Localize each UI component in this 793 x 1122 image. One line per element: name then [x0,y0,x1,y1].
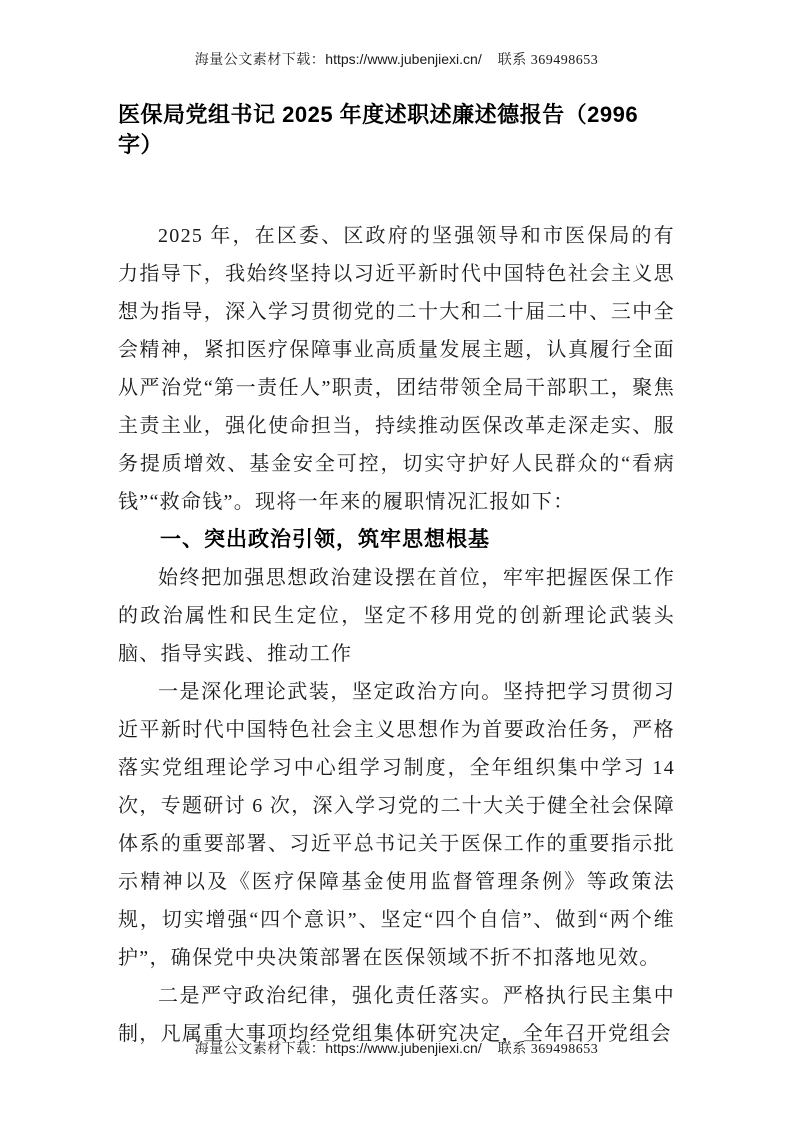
header-note: 海量公文素材下载：https://www.jubenjiexi.cn/联系 36… [0,50,793,70]
section-heading-1: 一、突出政治引领，筑牢思想根基 [118,521,675,559]
page-title: 医保局党组书记 2025 年度述职述廉述德报告（2996 字） [118,100,675,160]
report-paragraph-point-1: 一是深化理论武装，坚定政治方向。坚持把学习贯彻习近平新时代中国特色社会主义思想作… [118,673,675,977]
header-note-contact: 联系 369498653 [498,53,599,68]
header-note-url: https://www.jubenjiexi.cn/ [325,51,481,67]
report-paragraph-overview: 始终把加强思想政治建设摆在首位，牢牢把握医保工作的政治属性和民生定位，坚定不移用… [118,559,675,673]
header-note-prefix: 海量公文素材下载： [195,53,326,68]
report-paragraph-intro: 2025 年，在区委、区政府的坚强领导和市医保局的有力指导下，我始终坚持以习近平… [118,217,675,521]
footer-note-url: https://www.jubenjiexi.cn/ [325,1040,481,1056]
document-body: 2025 年，在区委、区政府的坚强领导和市医保局的有力指导下，我始终坚持以习近平… [118,217,675,1053]
footer-note: 海量公文素材下载：https://www.jubenjiexi.cn/联系 36… [0,1039,793,1059]
footer-note-prefix: 海量公文素材下载： [195,1042,326,1057]
document-content: 医保局党组书记 2025 年度述职述廉述德报告（2996 字） 2025 年，在… [118,100,675,1053]
footer-note-contact: 联系 369498653 [498,1042,599,1057]
document-page: 海量公文素材下载：https://www.jubenjiexi.cn/联系 36… [0,0,793,1122]
